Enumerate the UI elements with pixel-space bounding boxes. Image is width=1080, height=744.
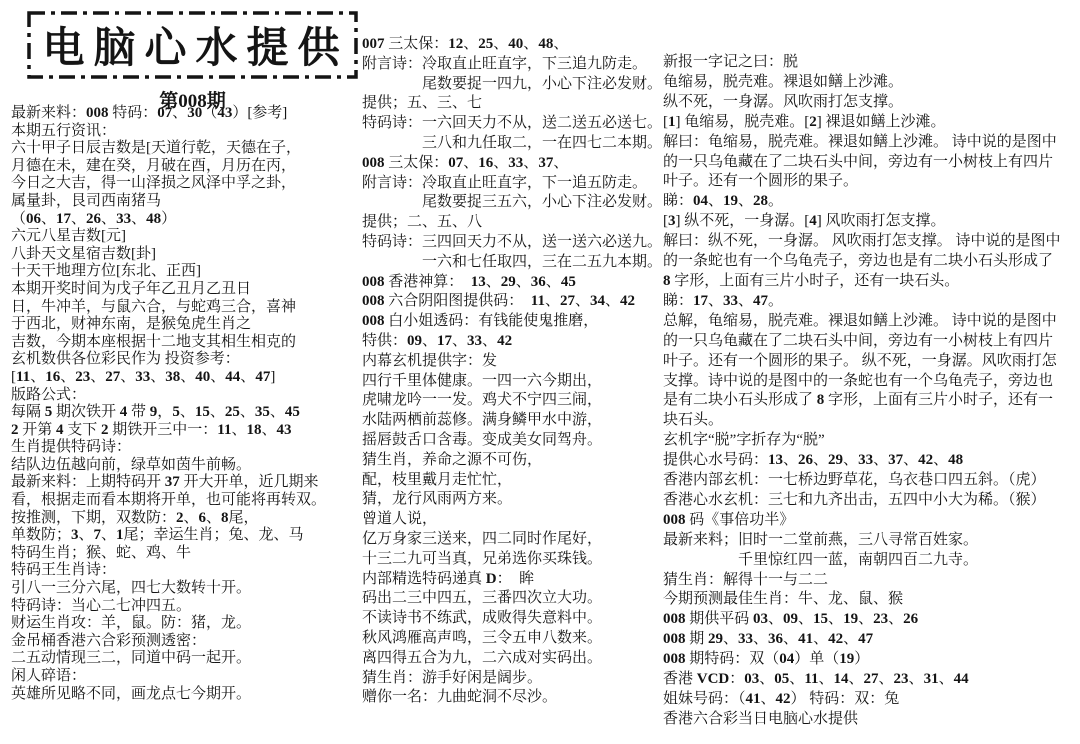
text-line: 内幕玄机提供字：发	[362, 352, 664, 372]
text-line: 008 三太保：07、16、33、37、	[362, 154, 664, 174]
column-middle: 007 三太保：12、25、40、48、附言诗：冷取直止旺直字，下三追九防走。 …	[362, 35, 664, 708]
text-line: 的一只乌龟藏在了二块石头中间，旁边有一小树枝上有四片	[663, 332, 1077, 352]
text-line: 猜生肖，养命之源不可伤，	[362, 451, 664, 471]
text-line: 特供：09、17、33、42	[362, 332, 664, 352]
text-line: 千里惊红四一蓝，南朝四百二九寺。	[663, 551, 1077, 571]
text-line: 本期开奖时间为戊子年乙丑月乙丑日	[11, 281, 351, 299]
text-line: 亿万身家三送来，四二同时作尾好，	[362, 530, 664, 550]
text-line: 特码王生肖诗：	[11, 562, 351, 580]
text-line: 纵不死，一身潺。风吹雨打怎支撑。	[663, 93, 1077, 113]
text-line: 姐妹号码：（41、42） 特码：双：兔	[663, 690, 1077, 710]
text-line: 秋风鸿雁高声鸣，三令五申八数来。	[362, 629, 664, 649]
text-line: 一六和七任取四，三在二五九本期。	[362, 253, 664, 273]
text-line: 叶子。还有一个圆形的果子。 纵不死，一身潺。风吹雨打怎	[663, 352, 1077, 372]
title-box: 电脑心水提供	[26, 10, 359, 80]
lottery-tip-sheet: 电脑心水提供 第008期 最新来料：008 特码：07、30（43）[参考]本期…	[0, 0, 1080, 744]
text-line: 叶子。还有一个圆形的果子。	[663, 172, 1077, 192]
text-line: 特码诗：三四回天力不从，送一送六必送九。	[362, 233, 664, 253]
text-line: 解曰：纵不死，一身潺。 风吹雨打怎支撑。 诗中说的是图中	[663, 232, 1077, 252]
text-line: 最新来料：008 特码：07、30（43）[参考]	[11, 105, 351, 123]
text-line: 的一只乌龟藏在了二块石头中间，旁边有一小树枝上有四片	[663, 153, 1077, 173]
text-line: 于西北，财神东南，是猴兔虎生肖之	[11, 316, 351, 334]
text-line: 008 期 29、33、36、41、42、47	[663, 630, 1077, 650]
text-line: 单数防；3、7、1尾；幸运生肖；兔、龙、马	[11, 527, 351, 545]
text-line: 生肖提供特码诗：	[11, 439, 351, 457]
text-line: 离四得五合为九，二六成对实码出。	[362, 649, 664, 669]
text-line: 总解，龟缩易，脱壳难。裸退如鳝上沙滩。 诗中说的是图中	[663, 312, 1077, 332]
text-line: 四行千里体健康。一四一六今期出，	[362, 372, 664, 392]
text-line: 008 六合阴阳图提供码： 11、27、34、42	[362, 292, 664, 312]
text-line: 日，牛冲羊，与鼠六合，与蛇鸡三合，喜神	[11, 299, 351, 317]
text-line: 英雄所见略不同，画龙点七今期开。	[11, 686, 351, 704]
text-line: 十天干地理方位[东北、正西]	[11, 263, 351, 281]
text-line: 财运生肖攻：羊，鼠。防：猪，龙。	[11, 615, 351, 633]
text-line: 内部精选特码递真 D： 眸	[362, 570, 664, 590]
text-line: 提供；二、五、八	[362, 213, 664, 233]
text-line: 特码生肖；猴、蛇、鸡、牛	[11, 545, 351, 563]
text-line: 007 三太保：12、25、40、48、	[362, 35, 664, 55]
text-line: 尾数要捉一四九，小心下注必发财。	[362, 75, 664, 95]
text-line: 008 期特码：双（04）单（19）	[663, 650, 1077, 670]
text-line: 8 字形，上面有三片小时子，还有一块石头。	[663, 272, 1077, 292]
text-line: 008 香港神算： 13、29、36、45	[362, 273, 664, 293]
text-line: 六十甲子日辰吉数是[天道行乾，天德在子，	[11, 140, 351, 158]
text-line: 三八和九任取二，一在四七二本期。	[362, 134, 664, 154]
text-line: 最新来料；旧时一二堂前燕，三八寻常百姓家。	[663, 531, 1077, 551]
text-line: 月德在未，建在癸，月破在酉，月历在丙，	[11, 158, 351, 176]
text-line: 属量卦，艮司西南猪马	[11, 193, 351, 211]
text-line: 按推测，下期，双数防：2、6、8尾，	[11, 510, 351, 528]
text-line: 吉数，今期本座根据十二地支其相生相克的	[11, 334, 351, 352]
text-line: 008 码《事倍功半》	[663, 511, 1077, 531]
text-line: （06、17、26、33、48）	[11, 211, 351, 229]
text-line: 八卦天文星宿吉数[卦]	[11, 246, 351, 264]
column-right: 新报一字记之曰：脱龟缩易，脱壳难。裸退如鳝上沙滩。纵不死，一身潺。风吹雨打怎支撑…	[663, 53, 1077, 730]
text-line: 是有二块小石头形成了 8 字形，上面有三片小时子，还有一	[663, 391, 1077, 411]
text-line: 猜生肖：游手好闲是阔步。	[362, 669, 664, 689]
text-line: 附言诗：冷取直止旺直字，下一追五防走。	[362, 174, 664, 194]
text-line: 金吊桶香港六合彩预测透密：	[11, 633, 351, 651]
text-line: 香港心水玄机：三七和九齐出击，五四中小大为稀。（猴）	[663, 491, 1077, 511]
text-line: 睇：17、33、47。	[663, 292, 1077, 312]
text-line: 008 白小姐透码：有钱能使鬼推磨，	[362, 312, 664, 332]
text-line: 虎啸龙吟一一发。鸡犬不宁四三闹，	[362, 391, 664, 411]
text-line: 香港 VCD：03、05、11、14、27、23、31、44	[663, 670, 1077, 690]
text-line: 二五动情现三二，同道中码一起开。	[11, 650, 351, 668]
text-line: 结队边伍越向前，绿草如茵牛前畅。	[11, 457, 351, 475]
text-line: 摇唇鼓舌口含毒。变成美女同驾舟。	[362, 431, 664, 451]
text-line: 每隔 5 期次铁开 4 带 9，5、15、25、35、45	[11, 404, 351, 422]
text-line: 新报一字记之曰：脱	[663, 53, 1077, 73]
text-line: [1] 龟缩易，脱壳难。[2] 裸退如鳝上沙滩。	[663, 113, 1077, 133]
text-line: 六元八星吉数[元]	[11, 228, 351, 246]
text-line: 解曰：龟缩易，脱壳难。裸退如鳝上沙滩。 诗中说的是图中	[663, 133, 1077, 153]
text-line: 尾数要捉三五六，小心下注必发财。	[362, 193, 664, 213]
column-left: 最新来料：008 特码：07、30（43）[参考]本期五行资讯：六十甲子日辰吉数…	[11, 105, 351, 703]
text-line: 睇：04、19、28。	[663, 192, 1077, 212]
text-line: 水陆两栖前蕊修。满身鳞甲水中游，	[362, 411, 664, 431]
text-line: 今日之大吉，得一山泽损之风泽中孚之卦，	[11, 175, 351, 193]
text-line: 十三二九可当真，兄弟选你买珠钱。	[362, 550, 664, 570]
text-line: 赠你一名：九曲蛇洞不尽沙。	[362, 688, 664, 708]
text-line: [11、16、23、27、33、38、40、44、47]	[11, 369, 351, 387]
text-line: 版路公式：	[11, 387, 351, 405]
text-line: 配，枝里戴月走忙忙，	[362, 471, 664, 491]
page-title: 电脑心水提供	[26, 10, 359, 80]
text-line: 提供心水号码：13、26、29、33、37、42、48	[663, 451, 1077, 471]
text-line: 支撑。诗中说的是图中的一条蛇也有一个乌龟壳子，旁边也	[663, 372, 1077, 392]
text-line: [3] 纵不死，一身潺。[4] 风吹雨打怎支撑。	[663, 212, 1077, 232]
text-line: 008 期供平码 03、09、15、19、23、26	[663, 610, 1077, 630]
text-line: 块石头。	[663, 411, 1077, 431]
text-line: 看，根据走而看本期将开单，也可能将再转双。	[11, 492, 351, 510]
text-line: 引八一三分六尾，四七大数转十开。	[11, 580, 351, 598]
text-line: 香港六合彩当日电脑心水提供	[663, 710, 1077, 730]
text-line: 2 开第 4 支下 2 期铁开三中一：11、18、43	[11, 422, 351, 440]
text-line: 本期五行资讯：	[11, 123, 351, 141]
text-line: 的一条蛇也有一个乌龟壳子，旁边也是有二块小石头形成了	[663, 252, 1077, 272]
text-line: 香港内部玄机：一七桥边野草花，乌衣巷口四五斜。（虎）	[663, 471, 1077, 491]
text-line: 附言诗：冷取直止旺直字，下三追九防走。	[362, 55, 664, 75]
text-line: 最新来料：上期特码开 37 开大开单，近几期来	[11, 474, 351, 492]
text-line: 今期预测最佳生肖：牛、龙、鼠、猴	[663, 590, 1077, 610]
text-line: 玄机字“脱”字折存为“脱”	[663, 431, 1077, 451]
text-line: 曾道人说，	[362, 510, 664, 530]
text-line: 猜，龙行风雨两方来。	[362, 490, 664, 510]
text-line: 猜生肖：解得十一与二二	[663, 571, 1077, 591]
text-line: 闲人碎语：	[11, 668, 351, 686]
text-line: 特码诗：当心二七冲四五。	[11, 598, 351, 616]
text-line: 提供；五、三、七	[362, 94, 664, 114]
text-line: 特码诗：一六回天力不从，送二送五必送七。	[362, 114, 664, 134]
text-line: 龟缩易，脱壳难。裸退如鳝上沙滩。	[663, 73, 1077, 93]
text-line: 玄机数供各位彩民作为 投资参考：	[11, 351, 351, 369]
text-line: 码出二三中四五，三番四次立大功。	[362, 589, 664, 609]
text-line: 不读诗书不练武，成败得失意料中。	[362, 609, 664, 629]
